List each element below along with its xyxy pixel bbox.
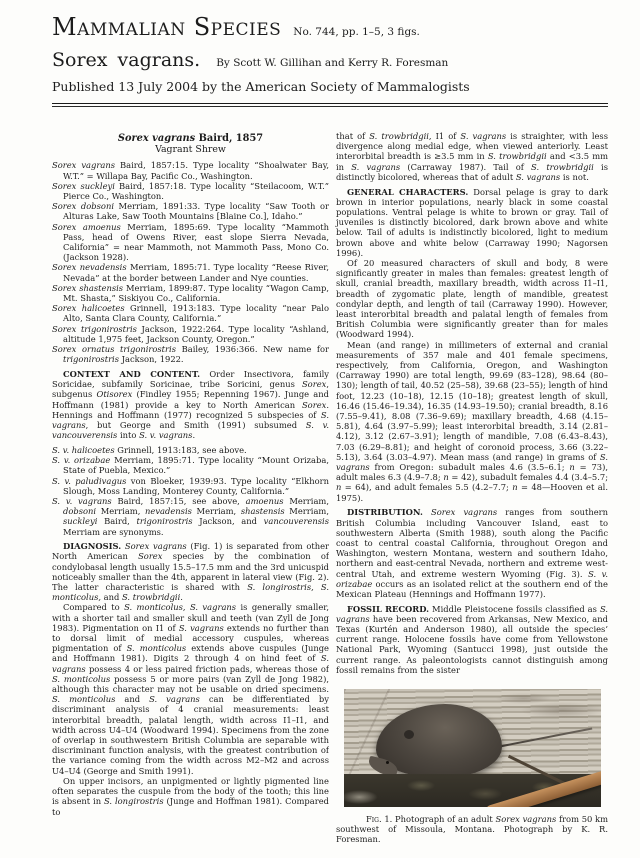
text-run: nevadensis: [145, 506, 192, 516]
text-run: Merriam,: [192, 506, 241, 516]
text-run: S. vagrans: [149, 694, 200, 704]
synonym-entry: Sorex shastensis Merriam, 1899:87. Type …: [52, 283, 329, 303]
text-run: Sorex vagrans: [118, 133, 199, 144]
text-run: Sorex suckleyi: [52, 181, 115, 191]
text-run: Sorex vagrans: [52, 160, 115, 170]
text-run: Sorex trigonirostris: [52, 324, 137, 334]
species-title: Sorex vagrans.: [52, 49, 200, 71]
left-column-flow: Sorex vagrans Baird, 1857Vagrant ShrewSo…: [52, 134, 329, 817]
text-run: Merriam,: [96, 506, 145, 516]
text-run: Fig. 1.: [366, 814, 392, 824]
text-run: suckleyi: [63, 516, 97, 526]
synonym-entry: Sorex ornatus trigonirostris Bailey, 193…: [52, 344, 329, 364]
byline: By Scott W. Gillihan and Kerry R. Foresm…: [216, 57, 448, 69]
shrew-photograph: [344, 689, 601, 807]
text-run: S. vagrans: [351, 162, 400, 172]
text-run: Sorex halicoetes: [52, 303, 125, 313]
text-run: [423, 507, 431, 517]
synonym-entry: Sorex halicoetes Grinnell, 1913:183. Typ…: [52, 303, 329, 323]
text-run: S. trowbridgii: [531, 162, 594, 172]
text-run: DIAGNOSIS.: [63, 541, 121, 551]
text-run: Sorex nevadensis: [52, 262, 127, 272]
text-run: Merriam,: [284, 496, 329, 506]
text-run: GENERAL CHARACTERS.: [347, 187, 468, 197]
text-run: Sorex dobsoni: [52, 201, 114, 211]
text-run: S. monticolus: [124, 602, 183, 612]
text-run: Mean (and range) in millimeters of exter…: [336, 340, 608, 462]
common-name: Vagrant Shrew: [52, 145, 329, 155]
text-run: S. v. halicoetes: [52, 445, 115, 455]
text-run: S. monticolus: [52, 694, 115, 704]
synonym-entry: Sorex amoenus Merriam, 1895:69. Type loc…: [52, 222, 329, 263]
general-characters: GENERAL CHARACTERS. Dorsal pelage is gra…: [336, 187, 608, 258]
subspecies-entry: S. v. vagrans Baird, 1857:15, see above,…: [52, 496, 329, 537]
masthead: Mammalian Species No. 744, pp. 1–5, 3 fi…: [52, 14, 608, 40]
text-run: S. vagrans: [190, 602, 236, 612]
text-run: , but George and Smith (1991) subsumed: [86, 420, 306, 430]
shrew-eye: [386, 761, 389, 764]
text-run: trigonirostris: [63, 354, 119, 364]
text-run: CONTEXT AND CONTENT.: [63, 369, 200, 379]
text-run: Baird, 1857:15, see above,: [112, 496, 246, 506]
text-run: Bailey, 1936:366. New name for: [176, 344, 329, 354]
text-run: S. trowbridgii: [488, 151, 547, 161]
left-column: Sorex vagrans Baird, 1857Vagrant ShrewSo…: [52, 131, 329, 831]
journal-title: Mammalian Species: [52, 14, 281, 40]
text-run: can be differentiated by discriminant an…: [52, 694, 329, 775]
text-run: Sorex: [302, 379, 326, 389]
text-run: Sorex shastensis: [52, 283, 123, 293]
issue-info: No. 744, pp. 1–5, 3 figs.: [293, 26, 420, 38]
text-run: S. v. vagrans: [139, 430, 192, 440]
text-run: Vagrant Shrew: [155, 144, 226, 155]
text-run: Sorex vagrans: [496, 814, 557, 824]
text-run: occurs as an isolated relict at the sout…: [336, 579, 608, 599]
subspecies-entry: S. v. halicoetes Grinnell, 1913:183, see…: [52, 445, 329, 455]
text-run: S. monticolus: [52, 674, 110, 684]
text-run: into: [117, 430, 139, 440]
text-run: Of 20 measured characters of skull and b…: [336, 258, 608, 339]
text-run: from Oregon: subadult males 4.6 (3.5–6.1…: [370, 462, 570, 472]
text-run: Sorex ornatus trigonirostris: [52, 344, 176, 354]
text-run: trigonirostris: [137, 516, 193, 526]
text-run: Baird, 1857: [199, 133, 263, 144]
subspecies-entry: S. v. orizabae Merriam, 1895:71. Type lo…: [52, 455, 329, 475]
text-run: ,: [183, 602, 190, 612]
article-title: Sorex vagrans Baird, 1857: [52, 134, 329, 144]
text-run: Jackson, 1922.: [119, 354, 184, 364]
synonym-entry: Sorex nevadensis Merriam, 1895:71. Type …: [52, 262, 329, 282]
text-run: Grinnell, 1913:183, see above.: [115, 445, 247, 455]
text-run: Sorex: [302, 400, 326, 410]
text-run: Compared to: [63, 602, 124, 612]
published-line: Published 13 July 2004 by the American S…: [52, 79, 608, 94]
diagnosis-continued: that of S. trowbridgii, I1 of S. vagrans…: [336, 131, 608, 182]
text-run: possess 4 or less paired friction pads, …: [86, 664, 329, 674]
text-run: S. vagrans: [516, 172, 560, 182]
text-run: .: [192, 430, 195, 440]
right-column: that of S. trowbridgii, I1 of S. vagrans…: [336, 131, 608, 845]
text-run: have been recovered from Arkansas, New M…: [336, 614, 608, 675]
text-run: Sorex vagrans: [431, 507, 497, 517]
text-run: ranges from southern British Columbia in…: [336, 507, 608, 578]
text-run: vancouverensis: [264, 516, 329, 526]
synonym-entry: Sorex dobsoni Merriam, 1891:33. Type loc…: [52, 201, 329, 221]
text-run: S. v. vagrans: [52, 496, 112, 506]
article-body: Sorex vagrans Baird, 1857Vagrant ShrewSo…: [52, 131, 608, 845]
text-run: , I1 of: [429, 131, 461, 141]
text-run: Baird,: [97, 516, 136, 526]
text-run: shastensis: [241, 506, 285, 516]
figure-1: Fig. 1. Photograph of an adult Sorex vag…: [336, 689, 608, 845]
synonym-entry: Sorex vagrans Baird, 1857:15. Type local…: [52, 160, 329, 180]
text-run: S. v. orizabae: [52, 455, 110, 465]
text-run: Middle Pleistocene fossils classified as: [429, 604, 600, 614]
text-run: = 64), and adult females 5.5 (4.2–7.7;: [341, 482, 512, 492]
subspecies-entry: S. v. paludivagus von Bloeker, 1939:93. …: [52, 476, 329, 496]
text-run: Photograph of an adult: [392, 814, 495, 824]
text-run: S. v. paludivagus: [52, 476, 126, 486]
text-run: Sorex amoenus: [52, 222, 121, 232]
text-run: DISTRIBUTION.: [347, 507, 423, 517]
text-run: S. trowbridgii: [369, 131, 429, 141]
text-run: FOSSIL RECORD.: [347, 604, 429, 614]
text-run: Sorex: [138, 551, 162, 561]
text-run: and: [101, 592, 122, 602]
shrew-ear: [404, 730, 414, 739]
synonym-entry: Sorex suckleyi Baird, 1857:18. Type loca…: [52, 181, 329, 201]
text-run: S. vagrans: [179, 623, 224, 633]
text-run: S. monticolus: [127, 643, 187, 653]
diagnosis: DIAGNOSIS. Sorex vagrans (Fig. 1) is sep…: [52, 541, 329, 602]
header-rule: [52, 103, 608, 107]
context-and-content: CONTEXT AND CONTENT. Order Insectivora, …: [52, 369, 329, 440]
text-run: Sorex vagrans: [125, 541, 187, 551]
distribution: DISTRIBUTION. Sorex vagrans ranges from …: [336, 507, 608, 599]
text-run: S. longirostris: [104, 796, 164, 806]
right-column-flow: that of S. trowbridgii, I1 of S. vagrans…: [336, 131, 608, 675]
sexual-dimorphism: Of 20 measured characters of skull and b…: [336, 258, 608, 340]
text-run: S. trowbridgii.: [122, 592, 183, 602]
page: Mammalian Species No. 744, pp. 1–5, 3 fi…: [0, 0, 640, 858]
text-run: (Carraway 1987). Tail of: [400, 162, 531, 172]
text-run: = 42), subadult females 4.4 (3.4–5.7;: [449, 472, 608, 482]
journal-header: Mammalian Species No. 744, pp. 1–5, 3 fi…: [52, 14, 608, 107]
text-run: and: [115, 694, 149, 704]
text-run: Merriam,: [285, 506, 329, 516]
diagnosis-compared: Compared to S. monticolus, S. vagrans is…: [52, 602, 329, 775]
text-run: amoenus: [246, 496, 284, 506]
figure-caption: Fig. 1. Photograph of an adult Sorex vag…: [336, 814, 608, 845]
text-run: S. vagrans: [460, 131, 506, 141]
fossil-record: FOSSIL RECORD. Middle Pleistocene fossil…: [336, 604, 608, 675]
text-run: Otisorex: [96, 389, 132, 399]
synonym-entry: Sorex trigonirostris Jackson, 1922:264. …: [52, 324, 329, 344]
text-run: dobsoni: [63, 506, 96, 516]
text-run: Jackson, and: [193, 516, 264, 526]
measurements: Mean (and range) in millimeters of exter…: [336, 340, 608, 503]
text-run: that of: [336, 131, 369, 141]
text-run: Merriam are synonyms.: [63, 527, 164, 537]
text-run: Dorsal pelage is gray to dark brown in i…: [336, 187, 608, 258]
species-line: Sorex vagrans. By Scott W. Gillihan and …: [52, 49, 608, 71]
text-run: is not.: [560, 172, 589, 182]
diagnosis-incisors: On upper incisors, an unpigmented or lig…: [52, 776, 329, 817]
